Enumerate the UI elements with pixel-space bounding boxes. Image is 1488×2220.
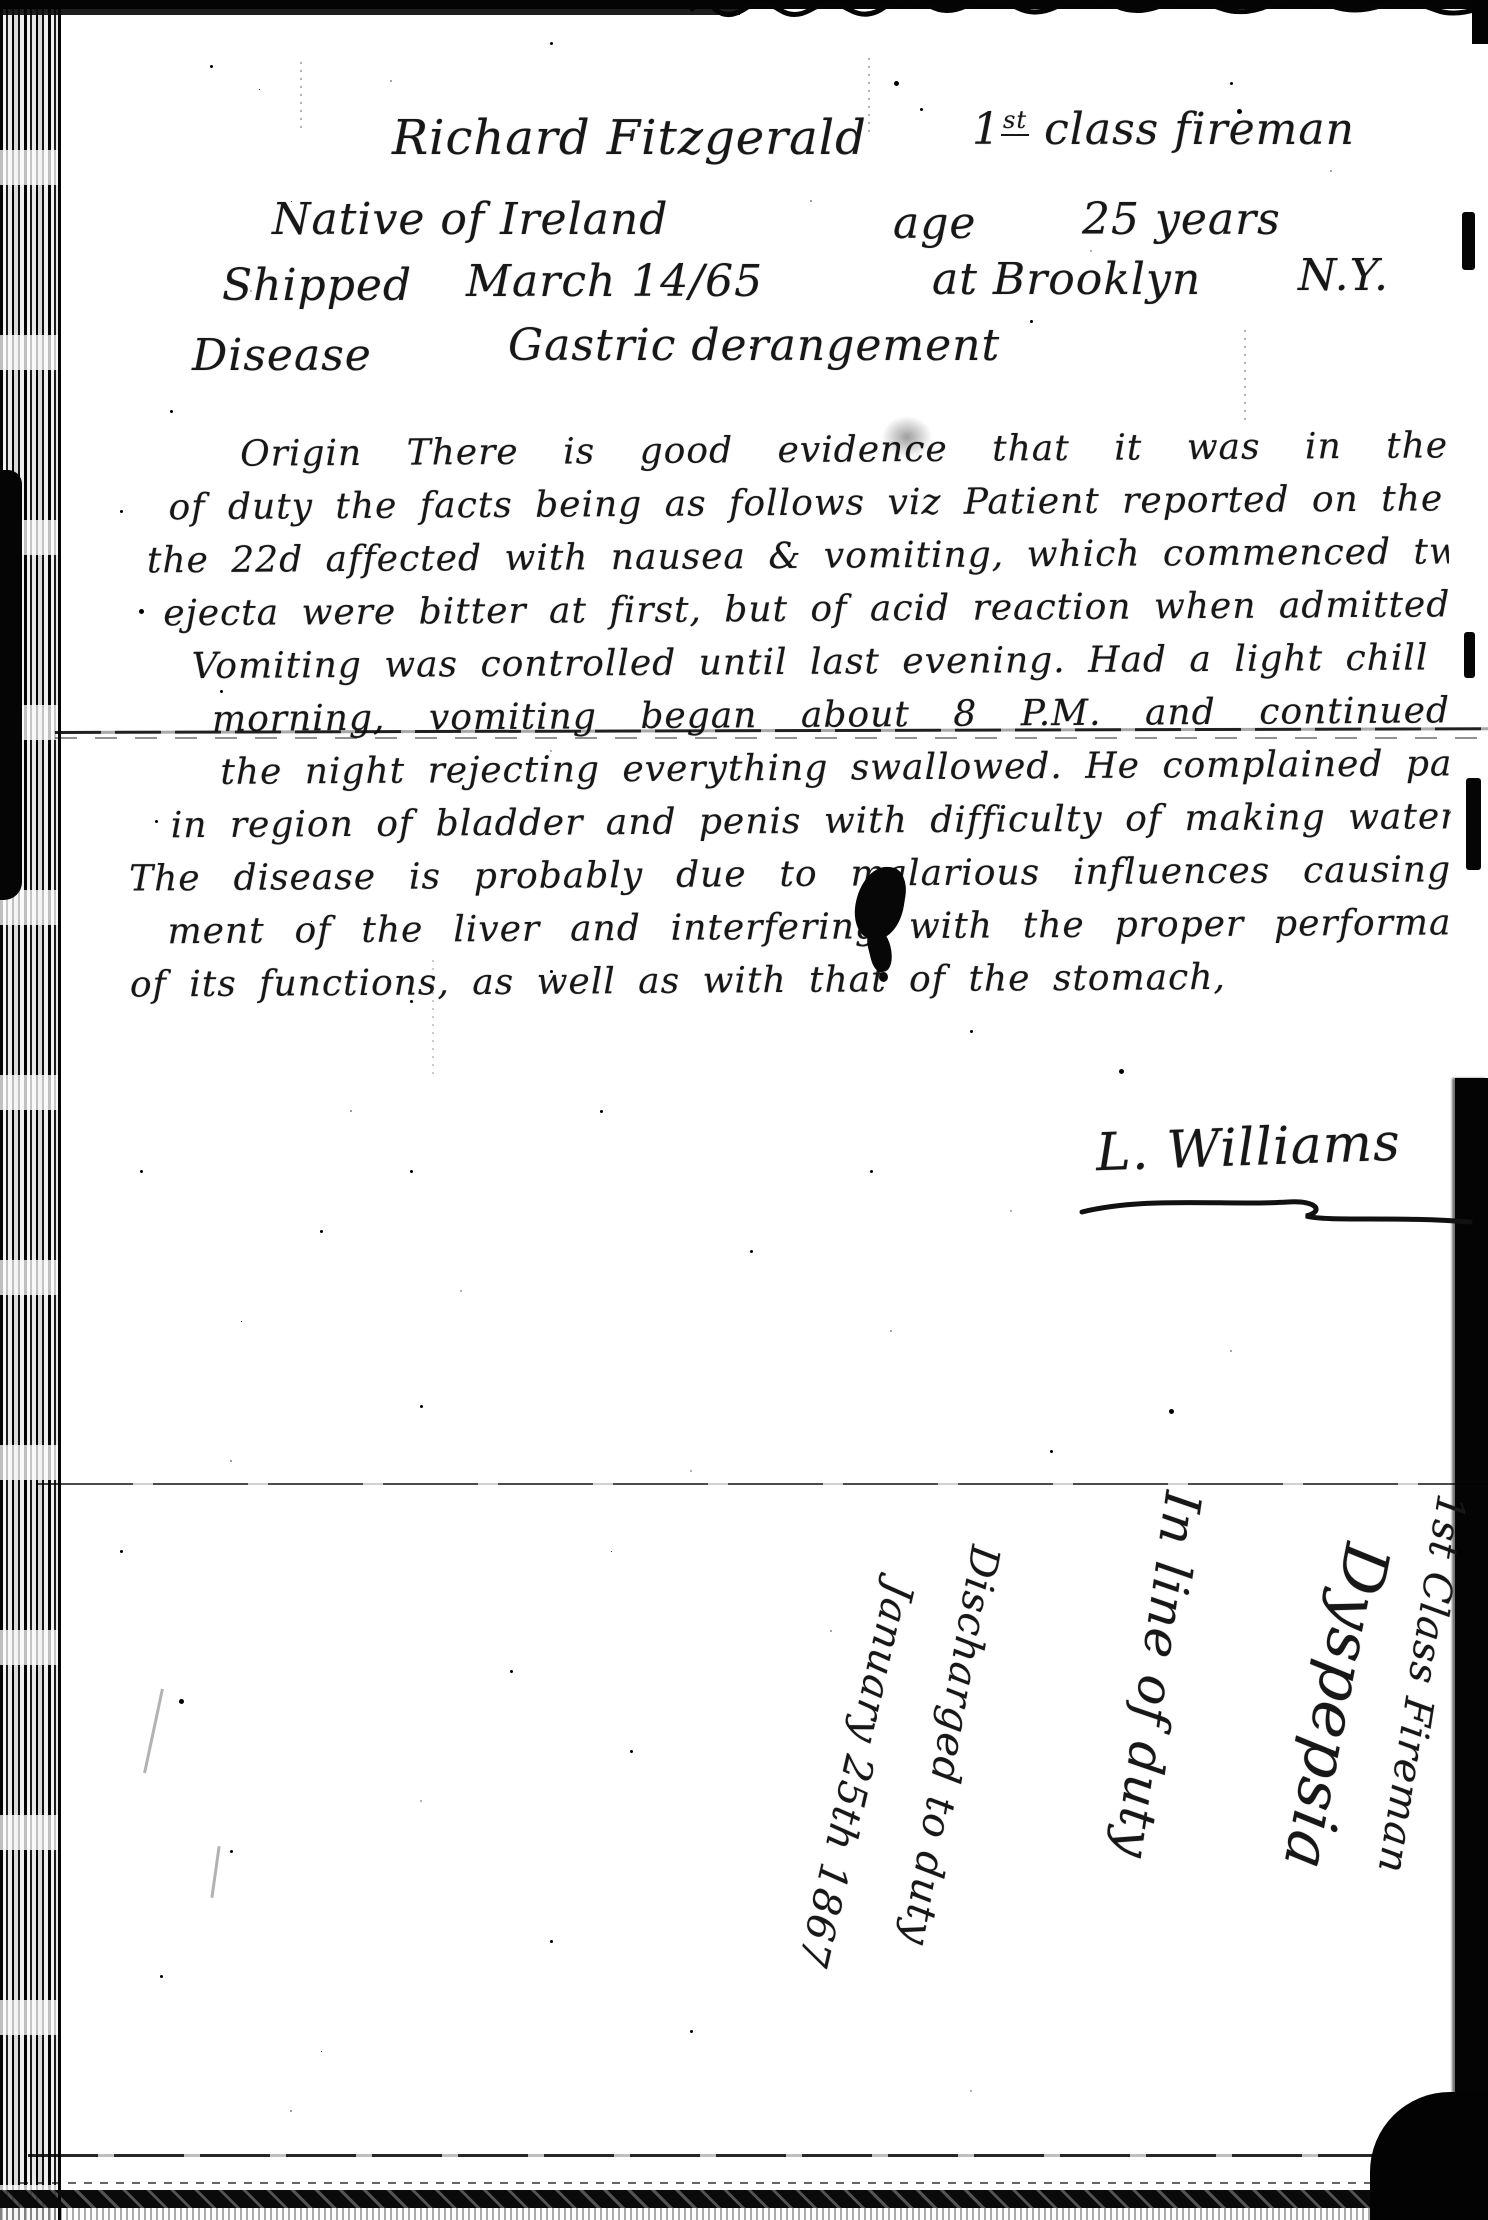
cut-off-handwriting-fragment <box>690 0 1480 26</box>
binding-edge-left <box>0 0 58 2220</box>
age-label: age <box>893 198 976 249</box>
faint-pencil-mark <box>210 1846 220 1898</box>
shipped-label: Shipped <box>222 260 412 311</box>
scanned-document-page: Richard Fitzgerald 1st class fireman Nat… <box>0 0 1488 2220</box>
fold-line-lower <box>38 1483 1488 1485</box>
shipped-place: at Brooklyn <box>932 254 1201 305</box>
rank-rest: class fireman <box>1044 104 1355 155</box>
narrative-line: the night rejecting everything swallowed… <box>70 737 1450 800</box>
narrative-line: in region of bladder and penis with diff… <box>71 790 1451 853</box>
fold-line-upper-shadow <box>55 737 1488 739</box>
scan-streak <box>432 960 434 1080</box>
right-edge-scan-bar <box>1455 1078 1488 2220</box>
rank-suffix: st <box>1001 106 1029 136</box>
narrative-line: ment of the liver and interfering with t… <box>71 896 1451 959</box>
ink-blot-dot <box>879 972 888 982</box>
shipped-state: N.Y. <box>1298 250 1389 301</box>
age-value: 25 years <box>1082 194 1281 245</box>
scan-artifact-bottom-right <box>1370 2092 1488 2220</box>
nativity: Native of Ireland <box>272 194 668 245</box>
bottom-edge-noise <box>0 2208 1488 2220</box>
binding-tear-artifact <box>0 470 22 900</box>
narrative-line: The disease is probably due to malarious… <box>71 843 1451 906</box>
narrative-line: Vomiting was controlled until last eveni… <box>69 631 1449 694</box>
faint-pencil-mark <box>143 1689 164 1774</box>
ink-smudge <box>872 408 942 466</box>
bottom-edge-scan-band <box>0 2190 1418 2208</box>
disease-label: Disease <box>192 330 372 381</box>
patient-rating: 1st class fireman <box>972 104 1355 155</box>
narrative-line: of duty the facts being as follows viz P… <box>68 472 1448 535</box>
physician-signature: L. Williams <box>1095 1113 1402 1184</box>
right-edge-mark <box>1462 212 1475 270</box>
narrative-line: the 22d affected with nausea & vomiting,… <box>69 525 1449 588</box>
bottom-rule-dotted <box>20 2182 1448 2184</box>
rotated-note-line-of-duty: In line of duty <box>1103 1488 1212 1862</box>
case-narrative: Origin There is good evidence that it wa… <box>68 419 1488 1012</box>
narrative-line: ejecta were bitter at first, but of acid… <box>69 578 1449 641</box>
scan-artifact-top-right <box>1472 0 1488 44</box>
narrative-line: Origin There is good evidence that it wa… <box>68 419 1448 482</box>
rank-number: 1 <box>972 104 1001 155</box>
page-crease-line <box>58 0 61 2220</box>
scan-streak <box>1244 330 1246 420</box>
patient-name: Richard Fitzgerald <box>392 110 867 166</box>
bottom-rule-thin <box>28 2154 1440 2157</box>
scan-streak <box>300 62 302 132</box>
disease-value: Gastric derangement <box>508 320 1000 371</box>
signature-flourish <box>1078 1182 1478 1234</box>
scan-streak <box>868 58 870 138</box>
narrative-line: of its functions, as well as with that o… <box>72 949 1488 1012</box>
shipped-date: March 14/65 <box>466 256 763 307</box>
top-edge-scan-band-thick <box>0 9 740 15</box>
